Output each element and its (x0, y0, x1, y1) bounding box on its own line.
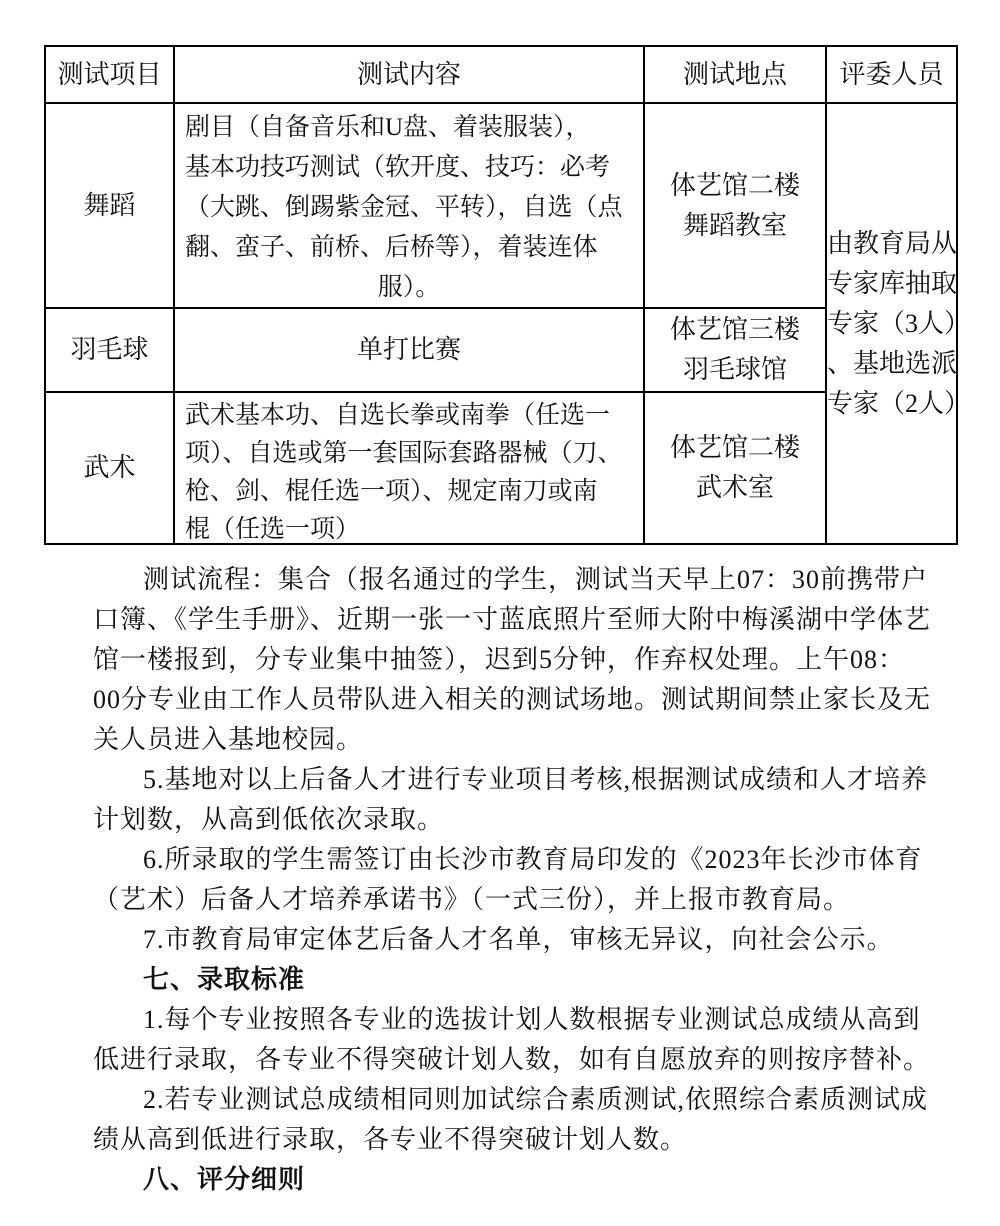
cell-line: 专家库抽取 (827, 264, 957, 304)
body-line: 关人员进入基地校园。 (93, 720, 973, 760)
body-line: 1.每个专业按照各专业的选拔计划人数根据专业测试总成绩从高到 (93, 1000, 973, 1040)
body-line: 6.所录取的学生需签订由长沙市教育局印发的《2023年长沙市体育 (93, 840, 973, 880)
table-cell-dance-item: 舞蹈 (46, 104, 173, 307)
cell-line: 翻、蛮子、前桥、后桥等），着装连体 (185, 228, 633, 268)
body-line: 5.基地对以上后备人才进行专业项目考核,根据测试成绩和人才培养 (93, 760, 973, 800)
cell-line: 项）、自选或第一套国际套路器械（刀、 (185, 435, 633, 473)
table-cell-judges: 由教育局从 专家库抽取 专家（3人） 、基地选派 专家（2人） (827, 104, 956, 543)
cell-line: 枪、剑、棍任选一项）、规定南刀或南 (185, 473, 633, 511)
table-cell-badminton-location: 体艺馆三楼 羽毛球馆 (645, 309, 825, 391)
cell-line: 服）。 (185, 268, 633, 308)
cell-line: 由教育局从 (827, 224, 957, 264)
cell-line: 羽毛球馆 (683, 350, 787, 390)
body-line: 口簿、《学生手册》、近期一张一寸蓝底照片至师大附中梅溪湖中学体艺 (93, 600, 973, 640)
body-line: 馆一楼报到，分专业集中抽签），迟到5分钟，作弃权处理。上午08： (93, 640, 973, 680)
cell-line: 基本功技巧测试（软开度、技巧：必考 (185, 148, 633, 188)
cell-line: 武术室 (696, 468, 774, 508)
table-cell-wushu-content: 武术基本功、自选长拳或南拳（任选一 项）、自选或第一套国际套路器械（刀、 枪、剑… (175, 393, 643, 543)
cell-line: 专家（3人） (827, 304, 970, 344)
cell-line: 专家（2人） (827, 384, 970, 424)
body-line: 测试流程：集合（报名通过的学生，测试当天早上07：30前携带户 (93, 560, 973, 600)
section-heading-scoring-rules: 八、评分细则 (93, 1160, 973, 1200)
table-cell-badminton-content: 单打比赛 (175, 309, 643, 391)
cell-line: 体艺馆三楼 (670, 310, 800, 350)
body-line: 绩从高到低进行录取，各专业不得突破计划人数。 (93, 1120, 973, 1160)
column-header-test-item: 测试项目 (46, 47, 173, 102)
table-cell-wushu-item: 武术 (46, 393, 173, 543)
body-line: 低进行录取，各专业不得突破计划人数，如有自愿放弃的则按序替补。 (93, 1040, 973, 1080)
cell-line: 舞蹈教室 (683, 206, 787, 246)
cell-line: 体艺馆二楼 (670, 166, 800, 206)
table-cell-wushu-location: 体艺馆二楼 武术室 (645, 393, 825, 543)
column-header-test-content: 测试内容 (175, 47, 643, 102)
test-schedule-table: 测试项目 测试内容 测试地点 评委人员 舞蹈 剧目（自备音乐和U盘、着装服装），… (44, 45, 958, 545)
cell-line: 剧目（自备音乐和U盘、着装服装）， (185, 108, 633, 148)
body-line: 7.市教育局审定体艺后备人才名单，审核无异议，向社会公示。 (93, 920, 973, 960)
cell-line: （大跳、倒踢紫金冠、平转），自选（点 (185, 188, 633, 228)
table-cell-dance-location: 体艺馆二楼 舞蹈教室 (645, 104, 825, 307)
cell-line: 棍（任选一项） (185, 511, 633, 549)
body-line: 2.若专业测试总成绩相同则加试综合素质测试,依照综合素质测试成 (93, 1080, 973, 1120)
cell-line: 、基地选派 (827, 344, 957, 384)
body-line: 计划数，从高到低依次录取。 (93, 800, 973, 840)
document-page: 测试项目 测试内容 测试地点 评委人员 舞蹈 剧目（自备音乐和U盘、着装服装），… (0, 0, 1000, 1226)
table-cell-badminton-item: 羽毛球 (46, 309, 173, 391)
section-heading-admission-criteria: 七、录取标准 (93, 960, 973, 1000)
body-line: （艺术）后备人才培养承诺书》（一式三份），并上报市教育局。 (93, 880, 973, 920)
cell-line: 武术基本功、自选长拳或南拳（任选一 (185, 397, 633, 435)
cell-line: 体艺馆二楼 (670, 428, 800, 468)
body-line: 00分专业由工作人员带队进入相关的测试场地。测试期间禁止家长及无 (93, 680, 973, 720)
column-header-judges: 评委人员 (827, 47, 956, 102)
table-cell-dance-content: 剧目（自备音乐和U盘、着装服装）， 基本功技巧测试（软开度、技巧：必考 （大跳、… (175, 104, 643, 307)
column-header-test-location: 测试地点 (645, 47, 825, 102)
document-body: 测试流程：集合（报名通过的学生，测试当天早上07：30前携带户 口簿、《学生手册… (93, 560, 973, 1200)
